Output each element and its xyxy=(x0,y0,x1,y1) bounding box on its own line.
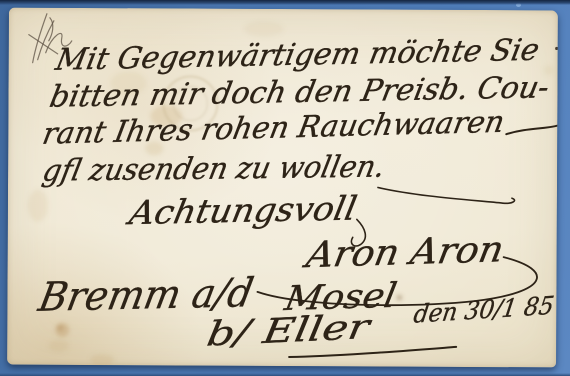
border-speck xyxy=(516,3,521,7)
signature-line: Aron Aron xyxy=(300,228,507,276)
closing-line: Achtungsvoll xyxy=(123,189,360,232)
stain-spot xyxy=(397,295,402,300)
place-text: Bremm a/d xyxy=(34,269,257,321)
date-text: den 30/1 85 xyxy=(412,291,556,328)
line3-flourish-stroke xyxy=(506,124,558,134)
stain-spot xyxy=(244,21,284,37)
wollen-flourish-stroke xyxy=(378,188,515,204)
stain-spot xyxy=(90,354,114,366)
handwriting-line-4: gfl zusenden zu wollen. xyxy=(40,150,388,189)
handwriting-line-1: Mit Gegenwärtigem möchte Sie xyxy=(52,33,542,78)
ink-dot xyxy=(555,47,558,50)
stain-spot xyxy=(49,340,69,352)
handwriting-layer: Mit Gegenwärtigem möchte Sie bitten mir … xyxy=(7,8,558,368)
stain-spot xyxy=(28,190,48,222)
postcard-card: Mit Gegenwärtigem möchte Sie bitten mir … xyxy=(7,8,558,368)
postcard-scan: Mit Gegenwärtigem möchte Sie bitten mir … xyxy=(0,0,570,376)
locality-text: b/ Eller xyxy=(204,307,375,354)
stain-spot xyxy=(57,325,63,331)
